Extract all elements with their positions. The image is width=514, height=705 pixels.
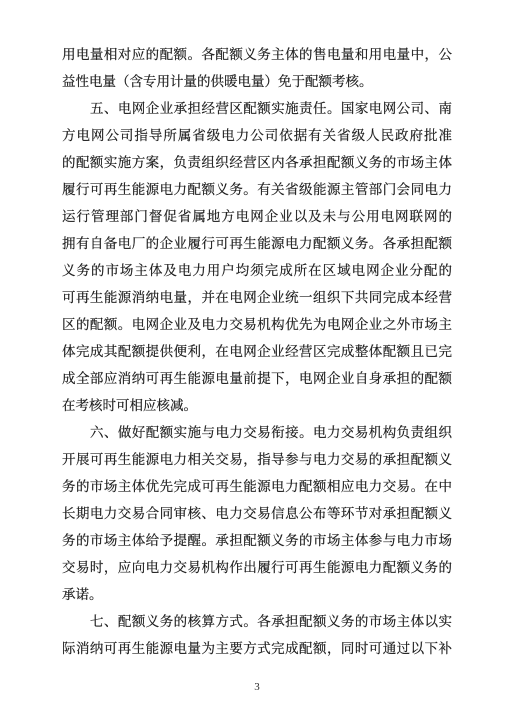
text-line: 开展可再生能源电力相关交易，指导参与电力交易的承担配额义 (62, 446, 452, 473)
text-line: 用电量相对应的配额。各配额义务主体的售电量和用电量中，公 (62, 41, 452, 68)
text-line: 方电网公司指导所属省级电力公司依据有关省级人民政府批准 (62, 122, 452, 149)
text-line: 五、电网企业承担经营区配额实施责任。国家电网公司、南 (62, 95, 452, 122)
text-line: 在考核时可相应核减。 (62, 392, 452, 419)
text-line: 区的配额。电网企业及电力交易机构优先为电网企业之外市场主 (62, 311, 452, 338)
text-line: 运行管理部门督促省属地方电网企业以及未与公用电网联网的 (62, 203, 452, 230)
text-line: 际消纳可再生能源电量为主要方式完成配额，同时可通过以下补 (62, 635, 452, 662)
text-line: 拥有自备电厂的企业履行可再生能源电力配额义务。各承担配额 (62, 230, 452, 257)
text-line: 履行可再生能源电力配额义务。有关省级能源主管部门会同电力 (62, 176, 452, 203)
text-line: 交易时，应向电力交易机构作出履行可再生能源电力配额义务的 (62, 554, 452, 581)
text-line: 成全部应消纳可再生能源电量前提下，电网企业自身承担的配额 (62, 365, 452, 392)
text-line: 益性电量（含专用计量的供暖电量）免于配额考核。 (62, 68, 452, 95)
text-line: 的配额实施方案，负责组织经营区内各承担配额义务的市场主体 (62, 149, 452, 176)
page-number: 3 (62, 681, 452, 693)
text-line: 务的市场主体优先完成可再生能源电力配额相应电力交易。在中 (62, 473, 452, 500)
text-line: 义务的市场主体及电力用户均须完成所在区域电网企业分配的 (62, 257, 452, 284)
text-line: 六、做好配额实施与电力交易衔接。电力交易机构负责组织 (62, 419, 452, 446)
text-line: 体完成其配额提供便利，在电网企业经营区完成整体配额且已完 (62, 338, 452, 365)
text-line: 长期电力交易合同审核、电力交易信息公布等环节对承担配额义 (62, 500, 452, 527)
document-page: 用电量相对应的配额。各配额义务主体的售电量和用电量中，公益性电量（含专用计量的供… (0, 0, 514, 705)
document-body: 用电量相对应的配额。各配额义务主体的售电量和用电量中，公益性电量（含专用计量的供… (62, 41, 452, 662)
text-line: 务的市场主体给予提醒。承担配额义务的市场主体参与电力市场 (62, 527, 452, 554)
text-line: 承诺。 (62, 581, 452, 608)
text-line: 可再生能源消纳电量，并在电网企业统一组织下共同完成本经营 (62, 284, 452, 311)
text-line: 七、配额义务的核算方式。各承担配额义务的市场主体以实 (62, 608, 452, 635)
